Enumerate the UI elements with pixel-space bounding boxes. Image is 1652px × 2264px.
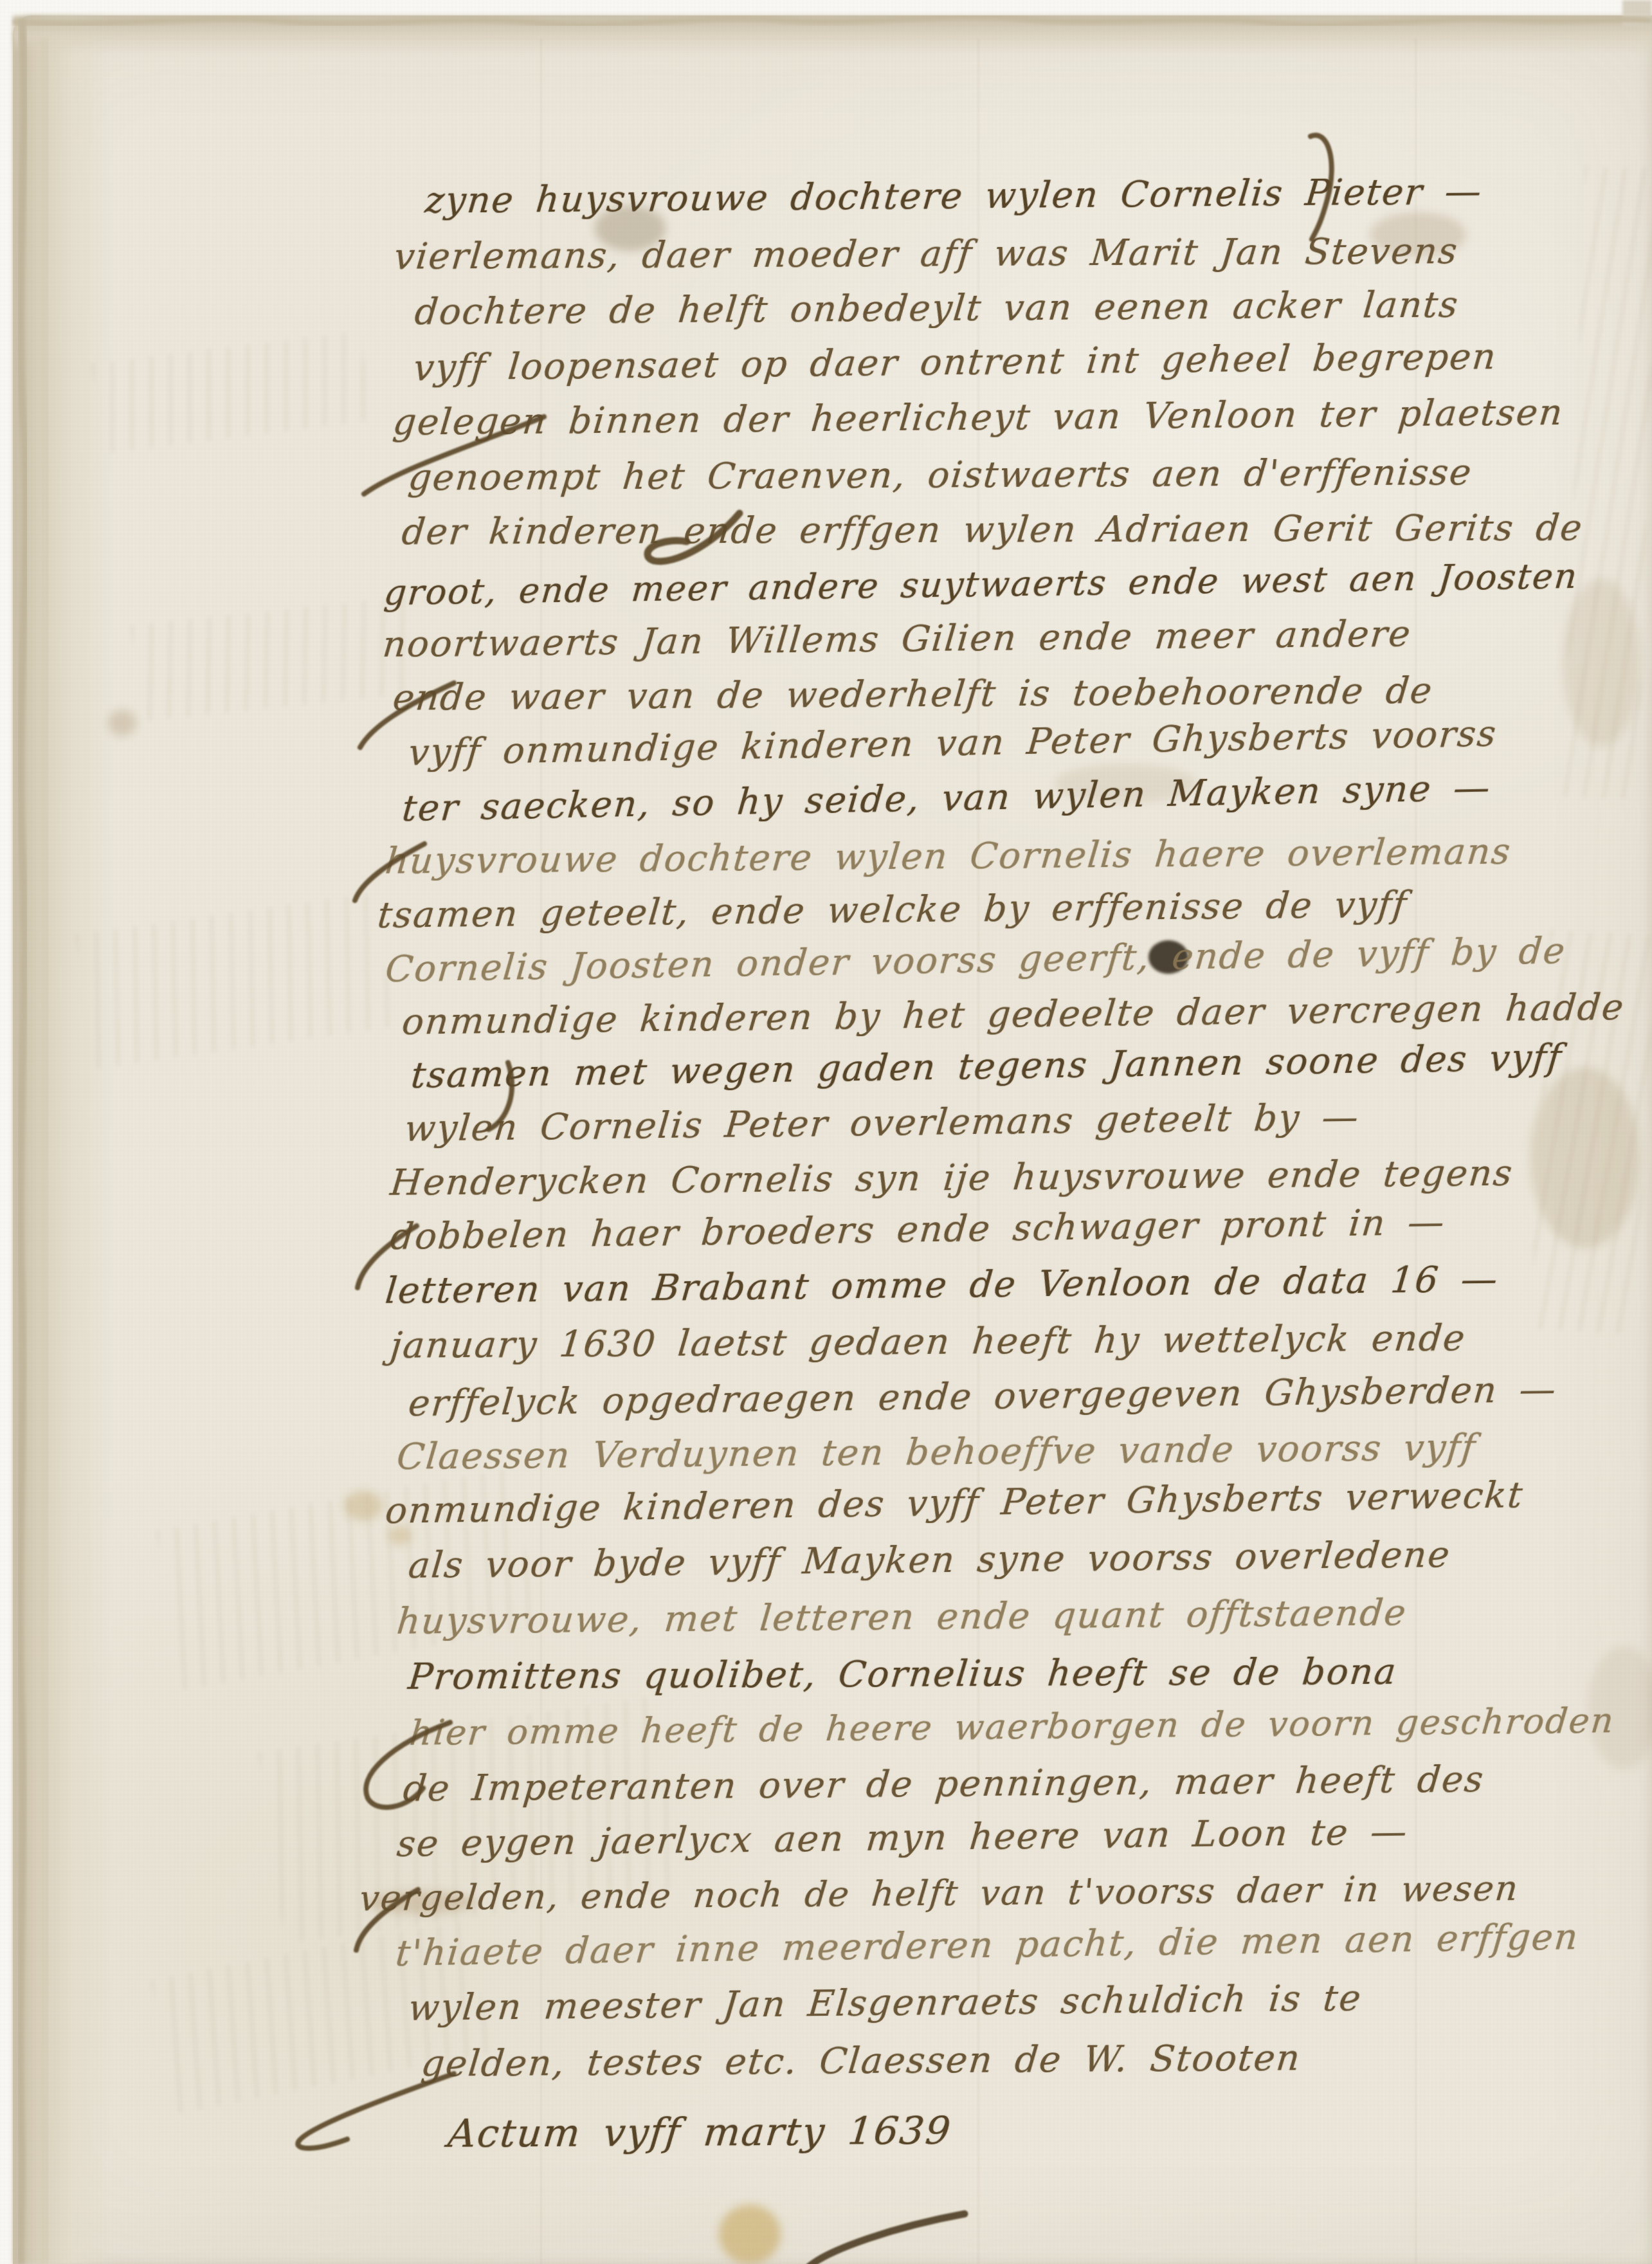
manuscript-line: vergelden, ende noch de helft van t'voor… (358, 1871, 1521, 1916)
manuscript-line: Claessen Verduynen ten behoeffve vande v… (395, 1430, 1478, 1475)
stain (719, 2205, 781, 2264)
manuscript-line: tsamen geteelt, ende welcke by erffeniss… (376, 887, 1409, 934)
manuscript-line: Henderycken Cornelis syn ije huysvrouwe … (389, 1156, 1515, 1201)
manuscript-line: ende waer van de wederhelft is toebehoor… (392, 673, 1435, 717)
manuscript-line: zyne huysvrouwe dochtere wylen Cornelis … (424, 174, 1484, 219)
manuscript-line: noortwaerts Jan Willems Gilien ende meer… (381, 616, 1413, 663)
manuscript-line: de Impeteranten over de penningen, maer … (402, 1762, 1486, 1807)
manuscript-line: gelden, testes etc. Claessen de W. Stoot… (420, 2040, 1303, 2083)
manuscript-line: genoempt het Craenven, oistwaerts aen d'… (406, 455, 1474, 497)
manuscript-line: vierlemans, daer moeder aff was Marit Ja… (392, 233, 1460, 275)
stain (1563, 579, 1640, 746)
manuscript-line: gelegen binnen der heerlicheyt van Venlo… (392, 395, 1565, 441)
manuscript-line: Promittens quolibet, Cornelius heeft se … (406, 1654, 1399, 1695)
manuscript-line: als voor byde vyff Mayken syne voorss ov… (407, 1537, 1453, 1584)
corner-notch (1622, 0, 1652, 26)
manuscript-line: Actum vyff marty 1639 (446, 2112, 953, 2153)
paper-deckle-edge-left (13, 15, 109, 2264)
stain (344, 1491, 383, 1520)
stain (1530, 1068, 1640, 1248)
paper-deckle-edge-top (13, 15, 1652, 54)
manuscript-scan: zyne huysvrouwe dochtere wylen Cornelis … (0, 0, 1652, 2264)
manuscript-line: vyff loopensaet op daer ontrent int gehe… (412, 339, 1499, 387)
manuscript-line: der kinderen ende erffgen wylen Adriaen … (400, 511, 1584, 551)
manuscript-line: january 1630 laetst gedaen heeft hy wett… (389, 1320, 1468, 1364)
manuscript-line: dochtere de helft onbedeylt van eenen ac… (413, 288, 1461, 331)
stain (108, 710, 136, 736)
manuscript-line: huysvrouwe dochtere wylen Cornelis haere… (384, 834, 1513, 880)
manuscript-line: huysvrouwe, met letteren ende quant offt… (395, 1595, 1409, 1640)
manuscript-line: wylen meester Jan Elsgenraets schuldich … (407, 1980, 1364, 2027)
